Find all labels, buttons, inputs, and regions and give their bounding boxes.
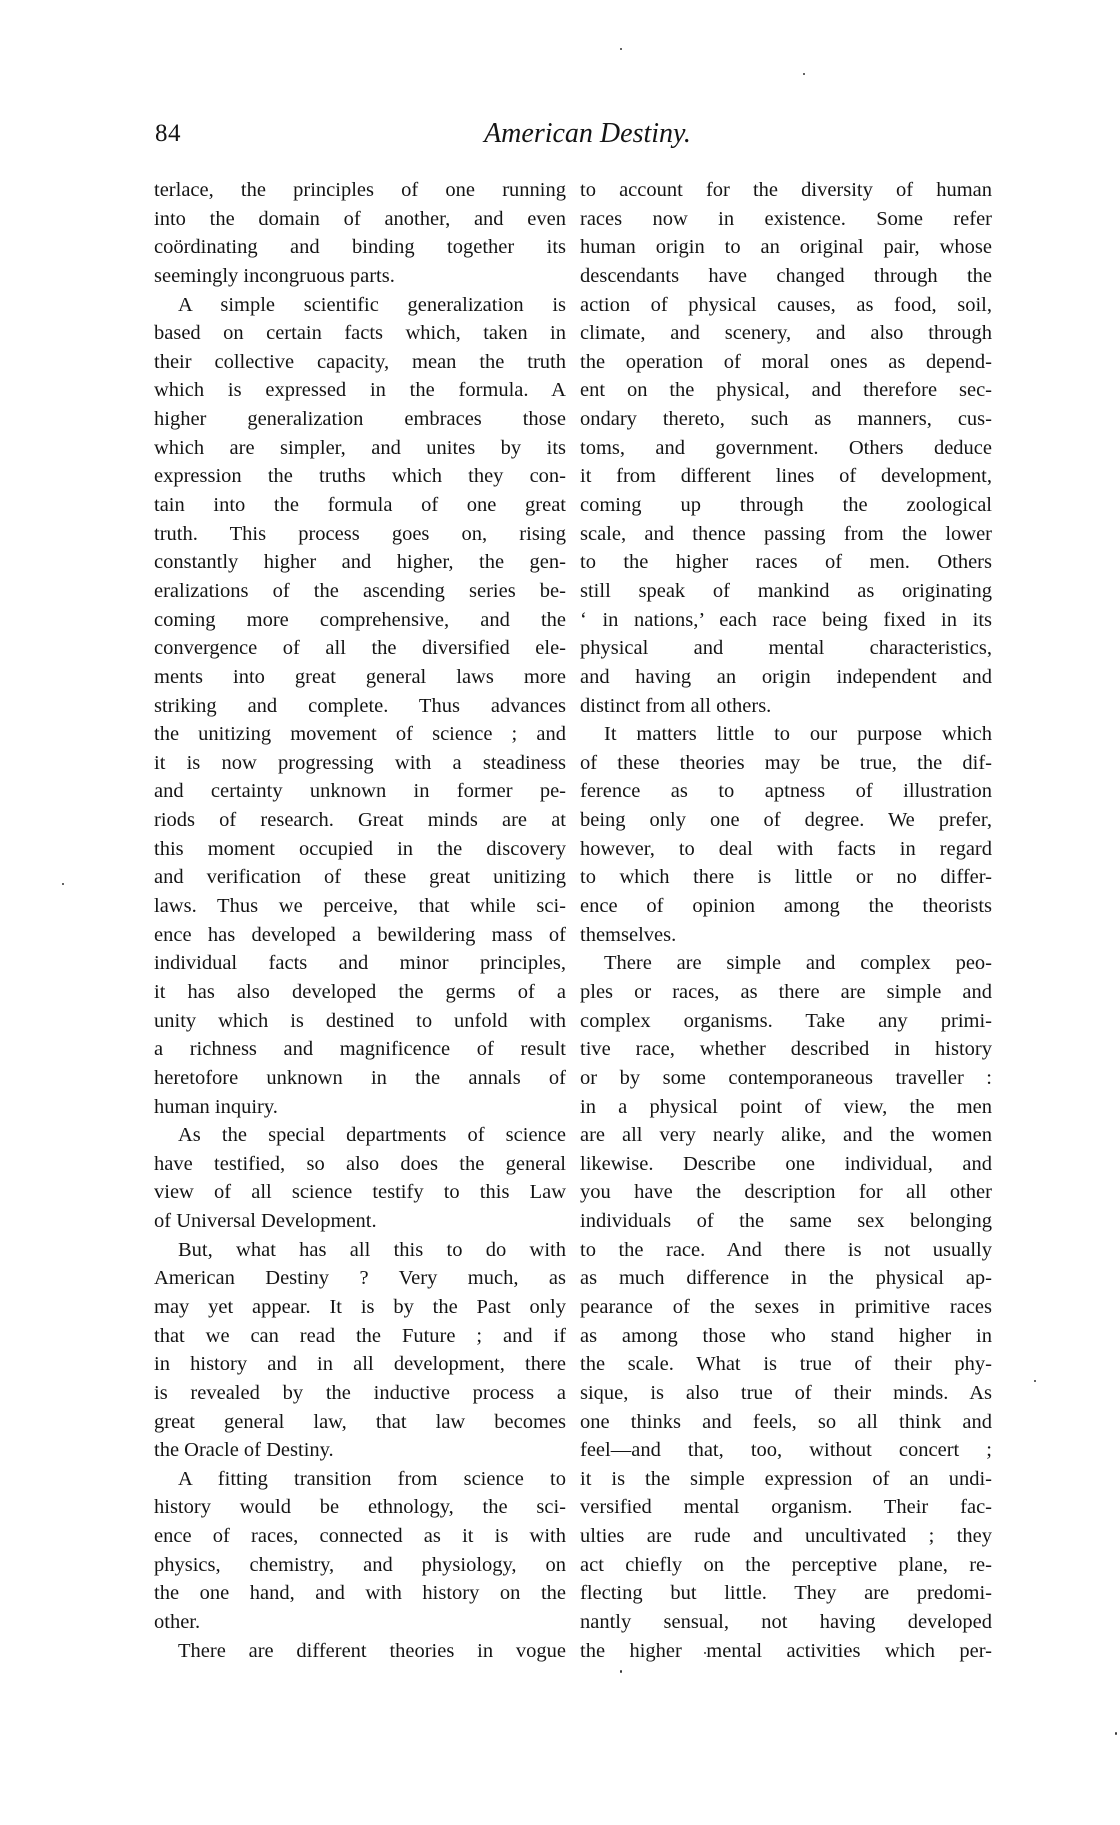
left-column-text-line: based on certain facts which, taken in (154, 319, 566, 348)
left-column-text-line: expression the truths which they con- (154, 462, 566, 491)
left-column-text-line: coördinating and binding together its (154, 233, 566, 262)
right-column-text-line: descendants have changed through the (580, 262, 992, 291)
left-column-text-line: laws. Thus we perceive, that while sci- (154, 892, 566, 921)
left-column-text-line: terlace, the principles of one running (154, 176, 566, 205)
right-column-text-line: one thinks and feels, so all think and (580, 1408, 992, 1437)
left-column-text-line: unity which is destined to unfold with (154, 1007, 566, 1036)
left-column-text-line: tain into the formula of one great (154, 491, 566, 520)
right-column-text-line: sique, is also true of their minds. As (580, 1379, 992, 1408)
right-column-text-line: coming up through the zoological (580, 491, 992, 520)
right-column-text-line: ence of opinion among the theorists (580, 892, 992, 921)
left-column-text-line: into the domain of another, and even (154, 205, 566, 234)
right-column-text-line: still speak of mankind as originating (580, 577, 992, 606)
running-head: 84 American Destiny. (155, 118, 990, 154)
left-column-text-line: this moment occupied in the discovery (154, 835, 566, 864)
right-column-text-line: versified mental organism. Their fac- (580, 1493, 992, 1522)
right-column-text-line: however, to deal with facts in regard (580, 835, 992, 864)
left-column-text-line: constantly higher and higher, the gen- (154, 548, 566, 577)
left-column-text-line: which are simpler, and unites by its (154, 434, 566, 463)
left-column-text-line: individual facts and minor principles, (154, 949, 566, 978)
left-column-text-line: it has also developed the germs of a (154, 978, 566, 1007)
right-column-text-line: feel—and that, too, without concert ; (580, 1436, 992, 1465)
left-column-text-line: physics, chemistry, and physiology, on (154, 1551, 566, 1580)
scan-speck (620, 48, 622, 50)
right-column-text-line: ondary thereto, such as manners, cus- (580, 405, 992, 434)
right-column-text-line: to account for the diversity of human (580, 176, 992, 205)
left-column-text-line: ments into great general laws more (154, 663, 566, 692)
right-column-text-line: it is the simple expression of an undi- (580, 1465, 992, 1494)
scan-speck (803, 73, 805, 75)
right-column-text-line: ference as to aptness of illustration (580, 777, 992, 806)
left-column-text-line: of Universal Development. (154, 1207, 566, 1236)
left-column-text-line: heretofore unknown in the annals of (154, 1064, 566, 1093)
left-column-text-line: higher generalization embraces those (154, 405, 566, 434)
right-column-text-line: the scale. What is true of their phy- (580, 1350, 992, 1379)
right-column-text-line: to the higher races of men. Others (580, 548, 992, 577)
right-column-text-line: pearance of the sexes in primitive races (580, 1293, 992, 1322)
left-column-text-line: convergence of all the diversified ele- (154, 634, 566, 663)
left-column-text-line: coming more comprehensive, and the (154, 606, 566, 635)
running-title: American Destiny. (155, 118, 990, 150)
left-column-text-line: ence of races, connected as it is with (154, 1522, 566, 1551)
left-column-text-line: is revealed by the inductive process a (154, 1379, 566, 1408)
right-column-text-line: ulties are rude and uncultivated ; they (580, 1522, 992, 1551)
right-column-text-line: act chiefly on the perceptive plane, re- (580, 1551, 992, 1580)
left-column-text-line: great general law, that law becomes (154, 1408, 566, 1437)
scan-speck (62, 883, 64, 885)
scan-speck (704, 1652, 706, 1654)
right-column-text-line: individuals of the same sex belonging (580, 1207, 992, 1236)
right-column-text-line: human origin to an original pair, whose (580, 233, 992, 262)
right-column-text-line: toms, and government. Others deduce (580, 434, 992, 463)
right-column-text-line: in a physical point of view, the men (580, 1093, 992, 1122)
left-column-text-line: But, what has all this to do with (154, 1236, 566, 1265)
right-column-text-line: ‘ in nations,’ each race being fixed in … (580, 606, 992, 635)
right-text-column: to account for the diversity of humanrac… (580, 176, 992, 1665)
right-column-text-line: ent on the physical, and therefore sec- (580, 376, 992, 405)
left-column-text-line: and verification of these great unitizin… (154, 863, 566, 892)
left-column-text-line: eralizations of the ascending series be- (154, 577, 566, 606)
right-column-text-line: distinct from all others. (580, 692, 992, 721)
right-column-text-line: tive race, whether described in history (580, 1035, 992, 1064)
right-column-text-line: nantly sensual, not having developed (580, 1608, 992, 1637)
scan-speck (1034, 1380, 1036, 1382)
right-column-text-line: climate, and scenery, and also through (580, 319, 992, 348)
left-column-text-line: A fitting transition from science to (154, 1465, 566, 1494)
left-column-text-line: other. (154, 1608, 566, 1637)
right-column-text-line: of these theories may be true, the dif- (580, 749, 992, 778)
right-column-text-line: the operation of moral ones as depend- (580, 348, 992, 377)
left-column-text-line: seemingly incongruous parts. (154, 262, 566, 291)
right-column-text-line: ples or races, as there are simple and (580, 978, 992, 1007)
right-column-text-line: action of physical causes, as food, soil… (580, 291, 992, 320)
left-text-column: terlace, the principles of one runningin… (154, 176, 566, 1665)
right-column-text-line: races now in existence. Some refer (580, 205, 992, 234)
scanned-book-page: 84 American Destiny. terlace, the princi… (0, 0, 1120, 1825)
right-column-text-line: likewise. Describe one individual, and (580, 1150, 992, 1179)
right-column-text-line: to the race. And there is not usually (580, 1236, 992, 1265)
right-column-text-line: are all very nearly alike, and the women (580, 1121, 992, 1150)
left-column-text-line: the unitizing movement of science ; and (154, 720, 566, 749)
left-column-text-line: A simple scientific generalization is (154, 291, 566, 320)
left-column-text-line: view of all science testify to this Law (154, 1178, 566, 1207)
right-column-text-line: to which there is little or no differ- (580, 863, 992, 892)
right-column-text-line: It matters little to our purpose which (580, 720, 992, 749)
left-column-text-line: may yet appear. It is by the Past only (154, 1293, 566, 1322)
right-column-text-line: flecting but little. They are predomi- (580, 1579, 992, 1608)
left-column-text-line: human inquiry. (154, 1093, 566, 1122)
left-column-text-line: history would be ethnology, the sci- (154, 1493, 566, 1522)
left-column-text-line: ence has developed a bewildering mass of (154, 921, 566, 950)
right-column-text-line: being only one of degree. We prefer, (580, 806, 992, 835)
right-column-text-line: the higher mental activities which per- (580, 1637, 992, 1666)
left-column-text-line: the Oracle of Destiny. (154, 1436, 566, 1465)
right-column-text-line: you have the description for all other (580, 1178, 992, 1207)
left-column-text-line: the one hand, and with history on the (154, 1579, 566, 1608)
scan-speck (620, 1670, 622, 1673)
left-column-text-line: and certainty unknown in former pe- (154, 777, 566, 806)
scan-speck (1115, 1732, 1117, 1735)
left-column-text-line: American Destiny ? Very much, as (154, 1264, 566, 1293)
left-column-text-line: have testified, so also does the general (154, 1150, 566, 1179)
right-column-text-line: themselves. (580, 921, 992, 950)
left-column-text-line: in history and in all development, there (154, 1350, 566, 1379)
left-column-text-line: As the special departments of science (154, 1121, 566, 1150)
left-column-text-line: truth. This process goes on, rising (154, 520, 566, 549)
left-column-text-line: riods of research. Great minds are at (154, 806, 566, 835)
right-column-text-line: as among those who stand higher in (580, 1322, 992, 1351)
right-column-text-line: complex organisms. Take any primi- (580, 1007, 992, 1036)
left-column-text-line: a richness and magnificence of result (154, 1035, 566, 1064)
left-column-text-line: it is now progressing with a steadiness (154, 749, 566, 778)
right-column-text-line: it from different lines of development, (580, 462, 992, 491)
left-column-text-line: There are different theories in vogue (154, 1637, 566, 1666)
right-column-text-line: and having an origin independent and (580, 663, 992, 692)
right-column-text-line: as much difference in the physical ap- (580, 1264, 992, 1293)
left-column-text-line: striking and complete. Thus advances (154, 692, 566, 721)
left-column-text-line: which is expressed in the formula. A (154, 376, 566, 405)
right-column-text-line: or by some contemporaneous traveller : (580, 1064, 992, 1093)
right-column-text-line: physical and mental characteristics, (580, 634, 992, 663)
right-column-text-line: scale, and thence passing from the lower (580, 520, 992, 549)
right-column-text-line: There are simple and complex peo- (580, 949, 992, 978)
left-column-text-line: their collective capacity, mean the trut… (154, 348, 566, 377)
left-column-text-line: that we can read the Future ; and if (154, 1322, 566, 1351)
